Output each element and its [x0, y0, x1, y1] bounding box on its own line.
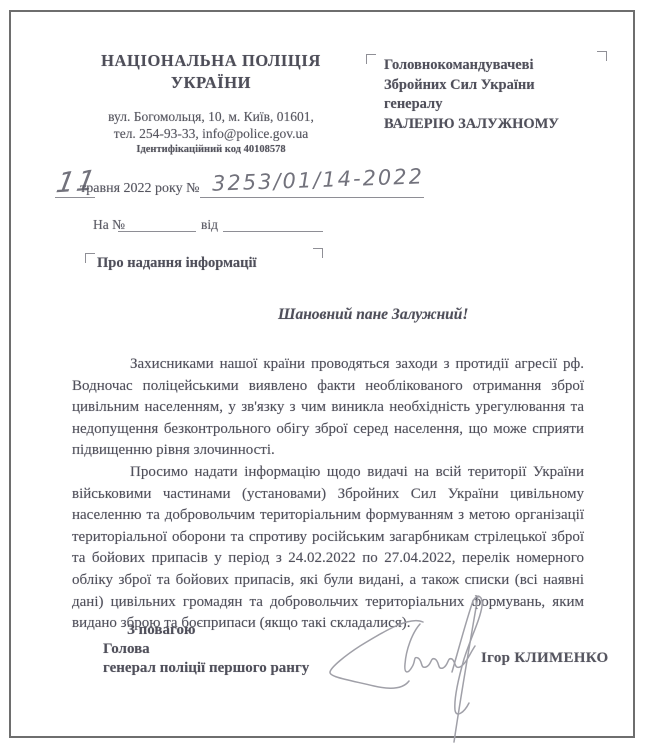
day-underline — [55, 197, 95, 198]
letterhead: НАЦІОНАЛЬНА ПОЛІЦІЯ УКРАЇНИ вул. Богомол… — [60, 50, 362, 155]
subject-corner-mark-left — [85, 253, 95, 263]
reply-ref-underline-number — [118, 231, 196, 232]
org-name: НАЦІОНАЛЬНА ПОЛІЦІЯ УКРАЇНИ — [60, 50, 362, 94]
recipient-corner-mark-left — [366, 54, 376, 64]
org-id-code: Ідентифікаційний код 40108578 — [60, 144, 362, 155]
ref-number-underline — [200, 197, 424, 198]
signer-title-line1: Голова — [103, 640, 309, 659]
scanned-letter-page: НАЦІОНАЛЬНА ПОЛІЦІЯ УКРАЇНИ вул. Богомол… — [0, 0, 648, 752]
subject-corner-mark-right — [313, 248, 323, 258]
salutation: Шановний пане Залужний! — [278, 306, 468, 324]
recipient-block: Головнокомандувачеві Збройних Сил Україн… — [384, 56, 616, 134]
org-address-line1: вул. Богомольця, 10, м. Київ, 01601, — [60, 108, 362, 125]
signer-title: Голова генерал поліції першого рангу — [103, 640, 309, 677]
signature-scribble — [302, 576, 502, 748]
recipient-line: Головнокомандувачеві — [384, 56, 616, 76]
signer-name: Ігор КЛИМЕНКО — [481, 650, 609, 667]
signer-title-line2: генерал поліції першого рангу — [103, 659, 309, 678]
date-label: травня 2022 року № — [80, 181, 200, 197]
org-name-line2: УКРАЇНИ — [60, 72, 362, 94]
recipient-line: генералу — [384, 95, 616, 115]
subject-line: Про надання інформації — [97, 255, 257, 272]
reply-ref-label-from: від — [201, 217, 218, 233]
reply-ref-underline-date — [223, 231, 323, 232]
recipient-line: ВАЛЕРІЮ ЗАЛУЖНОМУ — [384, 115, 616, 135]
closing-phrase: З повагою — [127, 622, 195, 639]
org-name-line1: НАЦІОНАЛЬНА ПОЛІЦІЯ — [60, 50, 362, 72]
body-paragraph-1: Захисниками нашої країни проводяться зах… — [72, 354, 584, 462]
recipient-line: Збройних Сил України — [384, 76, 616, 96]
org-address-line2: тел. 254-93-33, info@police.gov.ua — [60, 125, 362, 142]
org-address: вул. Богомольця, 10, м. Київ, 01601, тел… — [60, 108, 362, 142]
